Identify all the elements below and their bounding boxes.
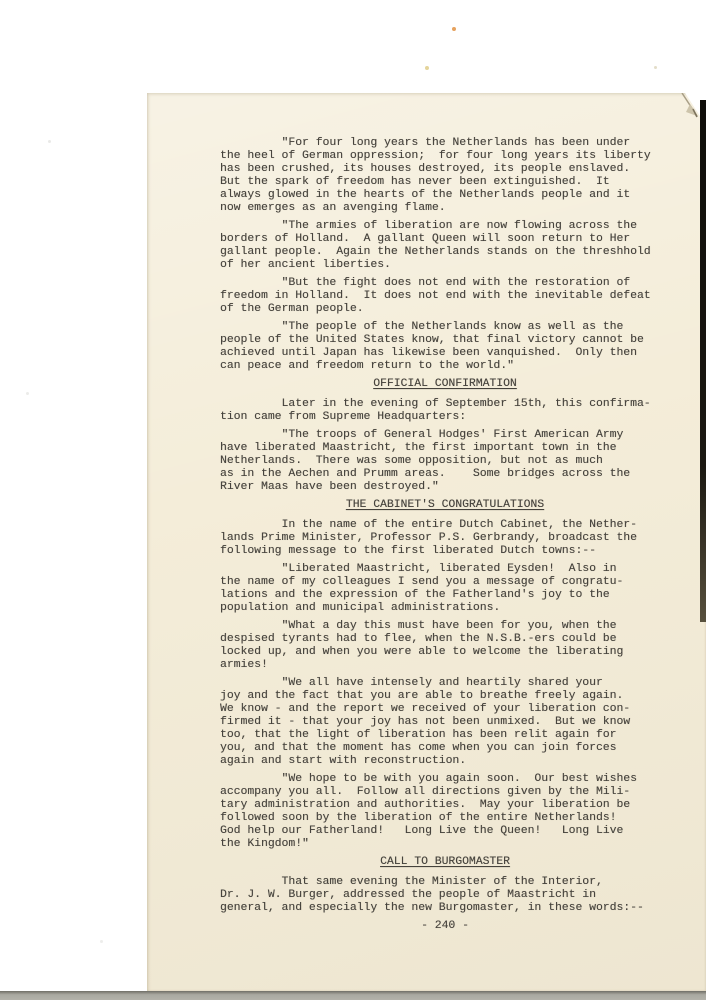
text-line: people of the United States know, that f…: [220, 334, 670, 347]
scanner-edge-strip: [700, 100, 706, 622]
text-line: But the spark of freedom has never been …: [220, 176, 670, 189]
text-line: armies!: [220, 659, 670, 672]
text-line: "We hope to be with you again soon. Our …: [220, 773, 670, 786]
text-line: can peace and freedom return to the worl…: [220, 360, 670, 373]
text-line: accompany you all. Follow all directions…: [220, 786, 670, 799]
scan-speck: [48, 140, 51, 143]
text-line: firmed it - that your joy has not been u…: [220, 716, 670, 729]
text-line: "But the fight does not end with the res…: [220, 277, 670, 290]
text-line: achieved until Japan has likewise been v…: [220, 347, 670, 360]
text-line: you, and that the moment has come when y…: [220, 742, 670, 755]
text-line: River Maas have been destroyed.": [220, 481, 670, 494]
text-line: too, that the light of liberation has be…: [220, 729, 670, 742]
text-line: gallant people. Again the Netherlands st…: [220, 246, 670, 259]
text-line: We know - and the report we received of …: [220, 703, 670, 716]
text-line: In the name of the entire Dutch Cabinet,…: [220, 519, 670, 532]
text-line: joy and the fact that you are able to br…: [220, 690, 670, 703]
paragraph: "What a day this must have been for you,…: [220, 620, 670, 672]
text-line: freedom in Holland. It does not end with…: [220, 290, 670, 303]
paragraph: "The troops of General Hodges' First Ame…: [220, 429, 670, 494]
text-line: the name of my colleagues I send you a m…: [220, 576, 670, 589]
paragraph: In the name of the entire Dutch Cabinet,…: [220, 519, 670, 558]
text-line: followed soon by the liberation of the e…: [220, 812, 670, 825]
text-line: has been crushed, its houses destroyed, …: [220, 163, 670, 176]
document-page: "For four long years the Netherlands has…: [147, 93, 706, 992]
text-line: tion came from Supreme Headquarters:: [220, 411, 670, 424]
text-line: "We all have intensely and heartily shar…: [220, 677, 670, 690]
text-line: "The people of the Netherlands know as w…: [220, 321, 670, 334]
text-line: of the German people.: [220, 303, 670, 316]
paragraph: "For four long years the Netherlands has…: [220, 137, 670, 215]
paragraph: "The people of the Netherlands know as w…: [220, 321, 670, 373]
text-line: again and start with reconstruction.: [220, 755, 670, 768]
section-heading-text: THE CABINET'S CONGRATULATIONS: [346, 499, 544, 511]
text-line: have liberated Maastricht, the first imp…: [220, 442, 670, 455]
text-line: Netherlands. There was some opposition, …: [220, 455, 670, 468]
text-line: the heel of German oppression; for four …: [220, 150, 670, 163]
document-text: "For four long years the Netherlands has…: [220, 137, 670, 933]
paragraph: That same evening the Minister of the In…: [220, 876, 670, 915]
text-line: lands Prime Minister, Professor P.S. Ger…: [220, 532, 670, 545]
section-heading: OFFICIAL CONFIRMATION: [220, 378, 670, 391]
paragraph: "We hope to be with you again soon. Our …: [220, 773, 670, 851]
text-line: That same evening the Minister of the In…: [220, 876, 670, 889]
text-line: "The armies of liberation are now flowin…: [220, 220, 670, 233]
paragraph: "But the fight does not end with the res…: [220, 277, 670, 316]
text-line: lations and the expression of the Father…: [220, 589, 670, 602]
text-line: locked up, and when you were able to wel…: [220, 646, 670, 659]
text-line: "For four long years the Netherlands has…: [220, 137, 670, 150]
text-line: following message to the first liberated…: [220, 545, 670, 558]
text-line: now emerges as an avenging flame.: [220, 202, 670, 215]
text-line: the Kingdom!": [220, 838, 670, 851]
paragraph: Later in the evening of September 15th, …: [220, 398, 670, 424]
text-line: Later in the evening of September 15th, …: [220, 398, 670, 411]
scan-speck: [452, 27, 456, 31]
section-heading-text: OFFICIAL CONFIRMATION: [373, 378, 517, 390]
text-line: tary administration and authorities. May…: [220, 799, 670, 812]
paragraph: "Liberated Maastricht, liberated Eysden!…: [220, 563, 670, 615]
paragraph: "We all have intensely and heartily shar…: [220, 677, 670, 768]
scan-speck: [654, 66, 657, 69]
scan-speck: [26, 392, 29, 395]
text-line: God help our Fatherland! Long Live the Q…: [220, 825, 670, 838]
text-line: despised tyrants had to flee, when the N…: [220, 633, 670, 646]
paragraph: "The armies of liberation are now flowin…: [220, 220, 670, 272]
scan-speck: [425, 66, 429, 70]
text-line: population and municipal administrations…: [220, 602, 670, 615]
text-line: "The troops of General Hodges' First Ame…: [220, 429, 670, 442]
scan-background: "For four long years the Netherlands has…: [0, 0, 706, 1000]
text-line: of her ancient liberties.: [220, 259, 670, 272]
text-line: always glowed in the hearts of the Nethe…: [220, 189, 670, 202]
text-line: borders of Holland. A gallant Queen will…: [220, 233, 670, 246]
text-line: Dr. J. W. Burger, addressed the people o…: [220, 889, 670, 902]
section-heading: THE CABINET'S CONGRATULATIONS: [220, 499, 670, 512]
page-number: - 240 -: [220, 920, 670, 933]
section-heading: CALL TO BURGOMASTER: [220, 856, 670, 869]
text-line: general, and especially the new Burgomas…: [220, 902, 670, 915]
scan-speck: [100, 940, 103, 943]
scanner-bottom-edge: [0, 991, 706, 1000]
text-line: as in the Aechen and Prumm areas. Some b…: [220, 468, 670, 481]
section-heading-text: CALL TO BURGOMASTER: [380, 856, 510, 868]
text-line: "Liberated Maastricht, liberated Eysden!…: [220, 563, 670, 576]
text-line: "What a day this must have been for you,…: [220, 620, 670, 633]
